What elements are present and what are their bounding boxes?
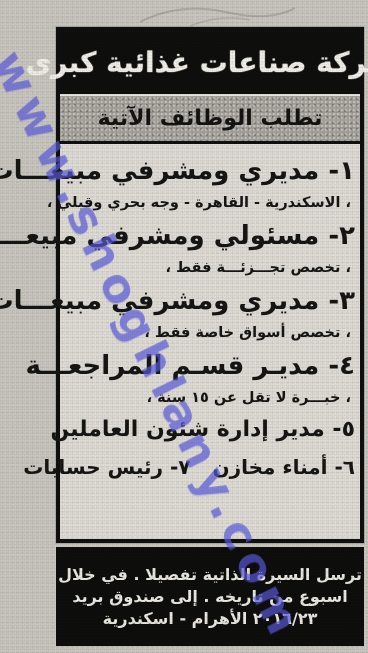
job-item-3: ٣- مديري ومشرفي مبيعـــات ، تخصص أسواق خ…: [64, 281, 355, 346]
footer-line-1: ترسل السيرة الذاتية تفصيلا . في خلال: [58, 565, 362, 584]
job-title: ٢- مسئولي ومشرفي مبيعـــات: [64, 216, 355, 256]
newspaper-scan: { "watermark": { "text": "www.shoghlany.…: [0, 0, 368, 653]
job-title: ٣- مديري ومشرفي مبيعـــات: [64, 281, 355, 321]
job-item-1: ١- مديري ومشرفي مبيعـــات ، الاسكندرية -…: [64, 151, 355, 216]
job-detail: ، الاسكندرية - القاهرة - وجه بحري وقبلي …: [64, 191, 355, 216]
vacancies-subtitle-bar: تطلب الوظائف الآتية: [60, 94, 360, 144]
job-list: ١- مديري ومشرفي مبيعـــات ، الاسكندرية -…: [60, 144, 360, 485]
job-item-4: ٤- مديـر قسـم المراجعـــة ، خبـــرة لا ت…: [64, 346, 355, 411]
job-detail: ، تخصص أسواق خاصة فقط ،: [64, 321, 355, 346]
job-detail: ، خبـــرة لا تقل عن ١٥ سنة ،: [64, 386, 355, 411]
job-item-2: ٢- مسئولي ومشرفي مبيعـــات ، تخصص تجـــز…: [64, 216, 355, 281]
job-title: ٥- مدير إدارة شئون العاملين: [64, 411, 355, 449]
footer-line-2: اسبوع من تاريخه . إلى صندوق بريد: [72, 587, 347, 606]
company-title: شركة صناعات غذائية كبرى: [26, 46, 368, 79]
job-ad-card: شركة صناعات غذائية كبرى تطلب الوظائف الآ…: [56, 27, 364, 543]
job-title: ٤- مديـر قسـم المراجعـــة: [64, 346, 355, 386]
job-title: ٦- أمناء مخازن: [213, 449, 355, 485]
footer-line-3: ٢٠١٦/٢٣ الأهرام - اسكندرية: [103, 609, 318, 628]
vacancies-subtitle: تطلب الوظائف الآتية: [98, 106, 323, 131]
application-instructions-box: ترسل السيرة الذاتية تفصيلا . في خلال اسب…: [56, 547, 364, 646]
job-detail: ، تخصص تجـــزئـــة فقط ،: [64, 256, 355, 281]
job-title: ٧- رئيس حسابات: [23, 449, 190, 485]
company-title-bar: شركة صناعات غذائية كبرى: [60, 31, 360, 94]
job-item-5: ٥- مدير إدارة شئون العاملين: [64, 411, 355, 449]
job-title: ١- مديري ومشرفي مبيعـــات: [64, 151, 355, 191]
pencil-scribble: [130, 0, 300, 30]
job-item-6-7: ٦- أمناء مخازن ٧- رئيس حسابات: [64, 449, 355, 485]
